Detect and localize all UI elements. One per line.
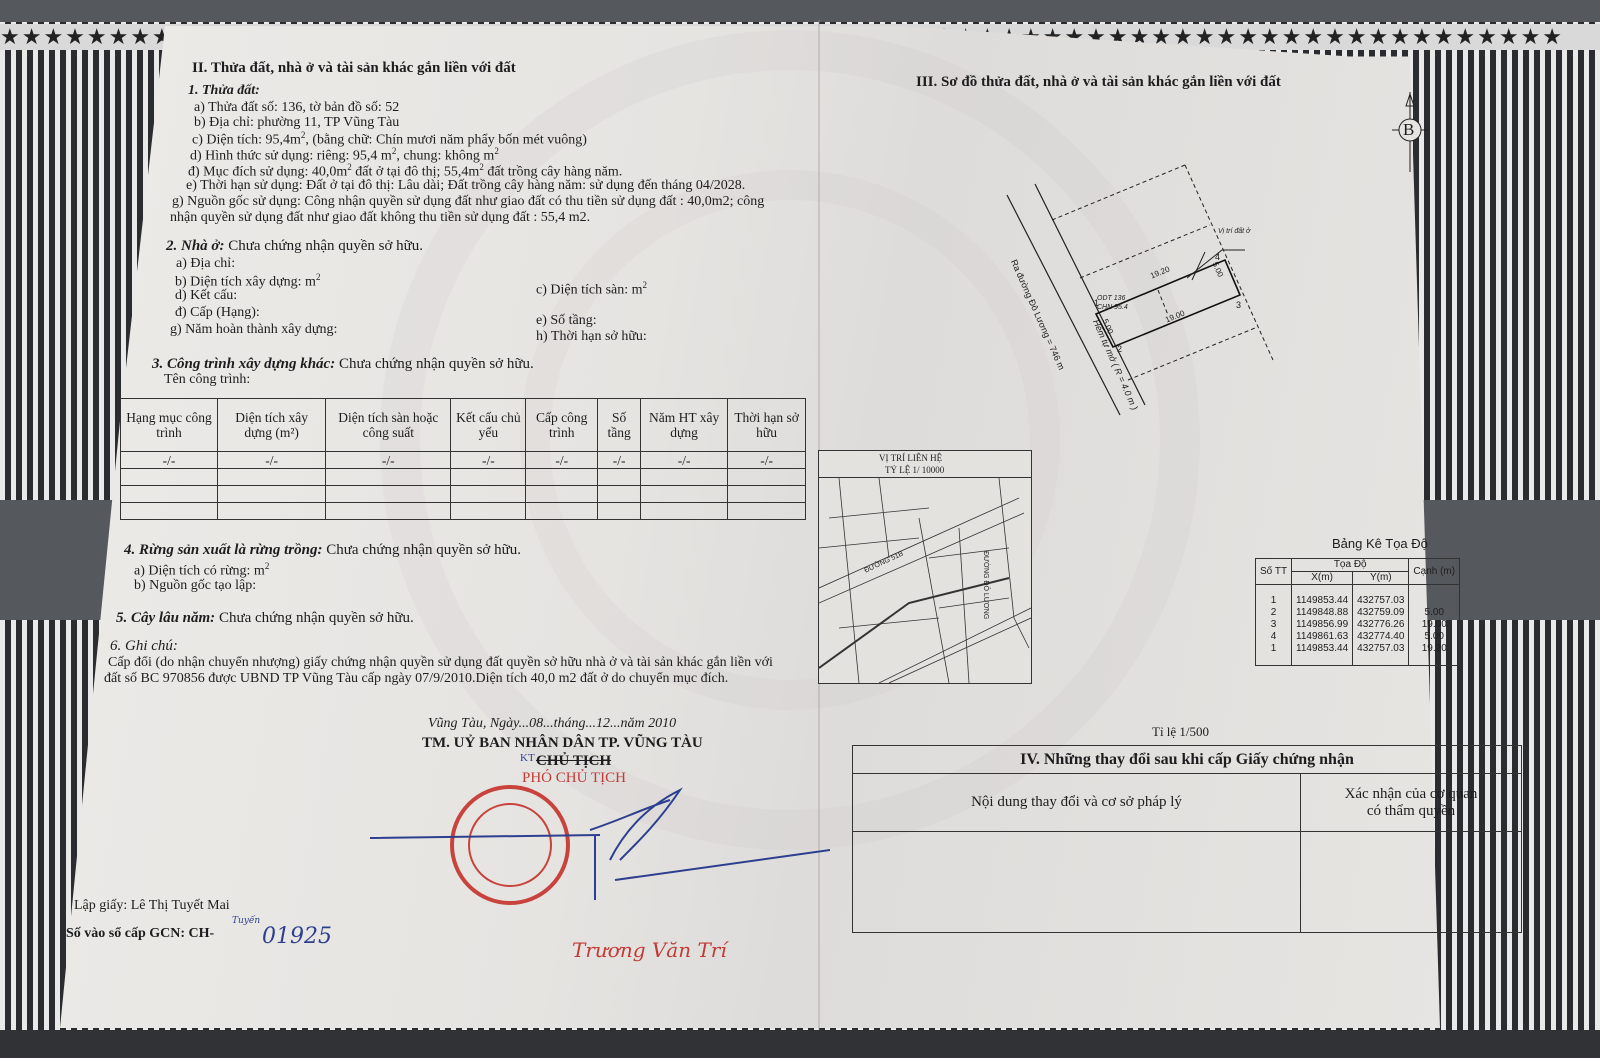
- coordinate-cell-edge: 5.00: [1409, 607, 1460, 619]
- house-status: Chưa chứng nhận quyền sở hữu.: [224, 238, 423, 254]
- coordinate-cell-edge: 19.20: [1409, 643, 1460, 666]
- section-3-title: III. Sơ đồ thửa đất, nhà ở và tài sản kh…: [916, 74, 1281, 91]
- signer-name: Trương Văn Trí: [572, 938, 727, 962]
- vertex-3: 3: [1236, 300, 1241, 310]
- street-map: [819, 478, 1031, 683]
- changes-confirmation-header: Xác nhận của cơ quancó thẩm quyền: [1301, 774, 1522, 832]
- forest-heading-label: 4. Rừng sản xuất là rừng trồng:: [124, 542, 322, 558]
- house-c: c) Diện tích sàn: m2: [536, 280, 647, 299]
- coordinate-cell-y: 432774.40: [1353, 631, 1409, 643]
- tablecloth-band: [0, 1030, 1600, 1058]
- handwritten-signature: [360, 780, 830, 900]
- coordinate-cell-no: 4: [1256, 631, 1292, 643]
- works-cell: [121, 486, 218, 503]
- house-g: g) Năm hoàn thành xây dựng:: [170, 322, 337, 338]
- works-col-header: Kết cấu chủ yếu: [451, 399, 526, 452]
- col-x: X(m): [1292, 572, 1353, 585]
- confirmation-line1: Xác nhận của cơ quan: [1345, 786, 1478, 802]
- works-col-header: Hạng mục công trình: [121, 399, 218, 452]
- kt-mark: KT: [520, 752, 535, 764]
- location-map-scale: TỶ LỆ 1/ 10000: [885, 465, 944, 475]
- works-cell: -/-: [451, 452, 526, 469]
- coordinate-table-body: 11149853.44432757.0321149848.88432759.09…: [1256, 585, 1460, 666]
- works-table-row: [121, 469, 806, 486]
- coordinate-row: 11149853.44432757.03: [1256, 585, 1460, 608]
- house-e: e) Số tầng:: [536, 313, 597, 329]
- coordinate-row: 31149856.99432776.2619.00: [1256, 619, 1460, 631]
- other-works-heading: 3. Công trình xây dựng khác: Chưa chứng …: [152, 356, 534, 373]
- diagram-scale: Tỉ lệ 1/500: [1152, 724, 1209, 740]
- coordinate-cell-x: 1149853.44: [1292, 585, 1353, 608]
- works-table-row: [121, 503, 806, 520]
- works-cell: -/-: [728, 452, 806, 469]
- coordinate-cell-edge: [1409, 585, 1460, 608]
- works-cell: [218, 486, 326, 503]
- col-y: Y(m): [1353, 572, 1409, 585]
- issuing-org: TM. UỶ BAN NHÂN DÂN TP. VŨNG TÀU: [422, 735, 703, 752]
- coordinate-cell-no: 1: [1256, 585, 1292, 608]
- coordinate-cell-edge: 19.00: [1409, 619, 1460, 631]
- works-table-row: -/--/--/--/--/--/--/--/-: [121, 452, 806, 469]
- works-cell: -/-: [218, 452, 326, 469]
- col-no: Số TT: [1256, 559, 1292, 585]
- forest-a: a) Diện tích có rừng: m2: [134, 561, 269, 580]
- register-label: Số vào sổ cấp GCN: CH-: [66, 926, 214, 942]
- works-cell: [121, 503, 218, 520]
- register-initial: Tuyến: [232, 916, 260, 926]
- land-b: b) Địa chỉ: phường 11, TP Vũng Tàu: [194, 115, 399, 131]
- coordinate-row: 21149848.88432759.095.00: [1256, 607, 1460, 619]
- place-date: Vũng Tàu, Ngày...08...tháng...12...năm 2…: [428, 716, 676, 732]
- works-cell: [641, 486, 728, 503]
- land-heading: 1. Thửa đất:: [188, 83, 260, 99]
- works-cell: [641, 469, 728, 486]
- land-g1: g) Nguồn gốc sử dụng: Công nhận quyền sử…: [172, 194, 764, 210]
- works-table-row: [121, 486, 806, 503]
- house-dd: đ) Cấp (Hạng):: [175, 305, 260, 321]
- land-a: a) Thửa đất số: 136, tờ bản đồ số: 52: [194, 100, 399, 116]
- changes-confirmation-cell: [1301, 832, 1522, 933]
- works-cell: -/-: [598, 452, 641, 469]
- street-do-luong: ĐƯỜNG ĐÔ LƯƠNG: [982, 551, 989, 619]
- location-map: VỊ TRÍ LIÊN HỆ TỶ LỆ 1/ 10000 ĐƯỜNG 51B …: [818, 450, 1032, 684]
- coordinate-cell-x: 1149861.63: [1292, 631, 1353, 643]
- section-4-title: IV. Những thay đổi sau khi cấp Giấy chứn…: [853, 746, 1522, 774]
- section-2-title: II. Thửa đất, nhà ở và tài sản khác gắn …: [192, 60, 516, 77]
- works-col-header: Năm HT xây dựng: [641, 399, 728, 452]
- location-map-title: VỊ TRÍ LIÊN HỆ: [879, 453, 942, 463]
- works-cell: -/-: [121, 452, 218, 469]
- coordinate-cell-no: 2: [1256, 607, 1292, 619]
- coordinate-cell-no: 1: [1256, 643, 1292, 666]
- position-label: Vị trí đất ở: [1218, 228, 1250, 235]
- notes-line2: đất số BC 970856 được UBND TP Vũng Tàu c…: [104, 671, 728, 687]
- works-table-body: -/--/--/--/--/--/--/--/-: [121, 452, 806, 520]
- works-cell: -/-: [326, 452, 451, 469]
- house-d: d) Kết cấu:: [175, 288, 237, 304]
- coordinate-cell-y: 432757.03: [1353, 643, 1409, 666]
- coordinate-cell-x: 1149853.44: [1292, 643, 1353, 666]
- north-label: B: [1403, 120, 1414, 140]
- role-chairman-struck: CHỦ TỊCH: [536, 753, 611, 770]
- other-works-status: Chưa chứng nhận quyền sở hữu.: [335, 356, 534, 372]
- notes-line1: Cấp đổi (do nhận chuyển nhượng) giấy chứ…: [108, 655, 773, 671]
- works-cell: [526, 486, 598, 503]
- house-h: h) Thời hạn sở hữu:: [536, 329, 647, 345]
- house-c-label: c) Diện tích sàn: m: [536, 283, 643, 298]
- works-cell: [598, 486, 641, 503]
- other-works-heading-label: 3. Công trình xây dựng khác:: [152, 356, 335, 372]
- vertex-4: 4: [1215, 252, 1220, 262]
- works-cell: [218, 503, 326, 520]
- works-table-header: Hạng mục công trìnhDiện tích xây dựng (m…: [121, 399, 806, 452]
- land-g2: nhận quyền sử dụng đất như giao đất khôn…: [170, 210, 590, 226]
- land-e: e) Thời hạn sử dụng: Đất ở tại đô thị: L…: [186, 178, 745, 194]
- works-cell: [451, 503, 526, 520]
- works-col-header: Diện tích xây dựng (m²): [218, 399, 326, 452]
- changes-content-header: Nội dung thay đổi và cơ sở pháp lý: [853, 774, 1301, 832]
- forest-status: Chưa chứng nhận quyền sở hữu.: [322, 542, 521, 558]
- works-cell: [728, 469, 806, 486]
- works-col-header: Thời hạn sở hữu: [728, 399, 806, 452]
- confirmation-line2: có thẩm quyền: [1367, 803, 1455, 819]
- other-works-table: Hạng mục công trìnhDiện tích xây dựng (m…: [120, 398, 806, 520]
- works-cell: [326, 469, 451, 486]
- perennial-heading-label: 5. Cây lâu năm:: [116, 610, 215, 626]
- works-cell: [326, 503, 451, 520]
- works-col-header: Số tầng: [598, 399, 641, 452]
- works-cell: [526, 503, 598, 520]
- coordinate-table-title: Bảng Kê Tọa Độ: [1332, 536, 1428, 551]
- works-cell: [598, 469, 641, 486]
- vertex-1: 1: [1094, 298, 1099, 308]
- works-cell: [326, 486, 451, 503]
- col-edge: Cạnh (m): [1409, 559, 1460, 585]
- house-a: a) Địa chỉ:: [176, 256, 235, 272]
- works-cell: [121, 469, 218, 486]
- tablecloth-band: [0, 0, 1600, 22]
- house-heading: 2. Nhà ở: Chưa chứng nhận quyền sở hữu.: [166, 238, 423, 255]
- perennial-heading: 5. Cây lâu năm: Chưa chứng nhận quyền sở…: [116, 610, 414, 627]
- coordinate-cell-edge: 5.00: [1409, 631, 1460, 643]
- changes-content-cell: [853, 832, 1301, 933]
- parcel-code: ODT 136: [1097, 295, 1125, 302]
- works-cell: [728, 486, 806, 503]
- works-cell: [451, 469, 526, 486]
- house-heading-label: 2. Nhà ở:: [166, 238, 224, 254]
- coordinate-table: Số TT Tọa Độ Cạnh (m) X(m) Y(m) 11149853…: [1255, 558, 1460, 666]
- works-cell: [641, 503, 728, 520]
- works-cell: [728, 503, 806, 520]
- notes-heading: 6. Ghi chú:: [110, 638, 178, 655]
- prepared-by: Lập giấy: Lê Thị Tuyết Mai: [74, 898, 230, 914]
- coordinate-cell-no: 3: [1256, 619, 1292, 631]
- works-cell: -/-: [526, 452, 598, 469]
- coordinate-cell-x: 1149848.88: [1292, 607, 1353, 619]
- coordinate-row: 41149861.63432774.405.00: [1256, 631, 1460, 643]
- perennial-status: Chưa chứng nhận quyền sở hữu.: [215, 610, 414, 626]
- works-col-header: Diện tích sàn hoặc công suất: [326, 399, 451, 452]
- coordinate-cell-y: 432776.26: [1353, 619, 1409, 631]
- coordinate-row: 11149853.44432757.0319.20: [1256, 643, 1460, 666]
- vertex-2: 2: [1117, 344, 1122, 354]
- works-name-label: Tên công trình:: [164, 372, 250, 388]
- works-cell: [451, 486, 526, 503]
- forest-a-label: a) Diện tích có rừng: m: [134, 564, 265, 579]
- register-number: 01925: [262, 924, 332, 949]
- works-cell: -/-: [641, 452, 728, 469]
- col-coord: Tọa Độ: [1292, 559, 1409, 572]
- works-cell: [598, 503, 641, 520]
- works-cell: [526, 469, 598, 486]
- coordinate-cell-x: 1149856.99: [1292, 619, 1353, 631]
- works-col-header: Cấp công trình: [526, 399, 598, 452]
- forest-b: b) Nguồn gốc tạo lập:: [134, 578, 256, 594]
- changes-table: IV. Những thay đổi sau khi cấp Giấy chứn…: [852, 745, 1522, 933]
- parcel-area: CHN 95.4: [1097, 304, 1128, 311]
- coordinate-cell-y: 432759.09: [1353, 607, 1409, 619]
- forest-heading: 4. Rừng sản xuất là rừng trồng: Chưa chứ…: [124, 542, 521, 559]
- works-cell: [218, 469, 326, 486]
- coordinate-cell-y: 432757.03: [1353, 585, 1409, 608]
